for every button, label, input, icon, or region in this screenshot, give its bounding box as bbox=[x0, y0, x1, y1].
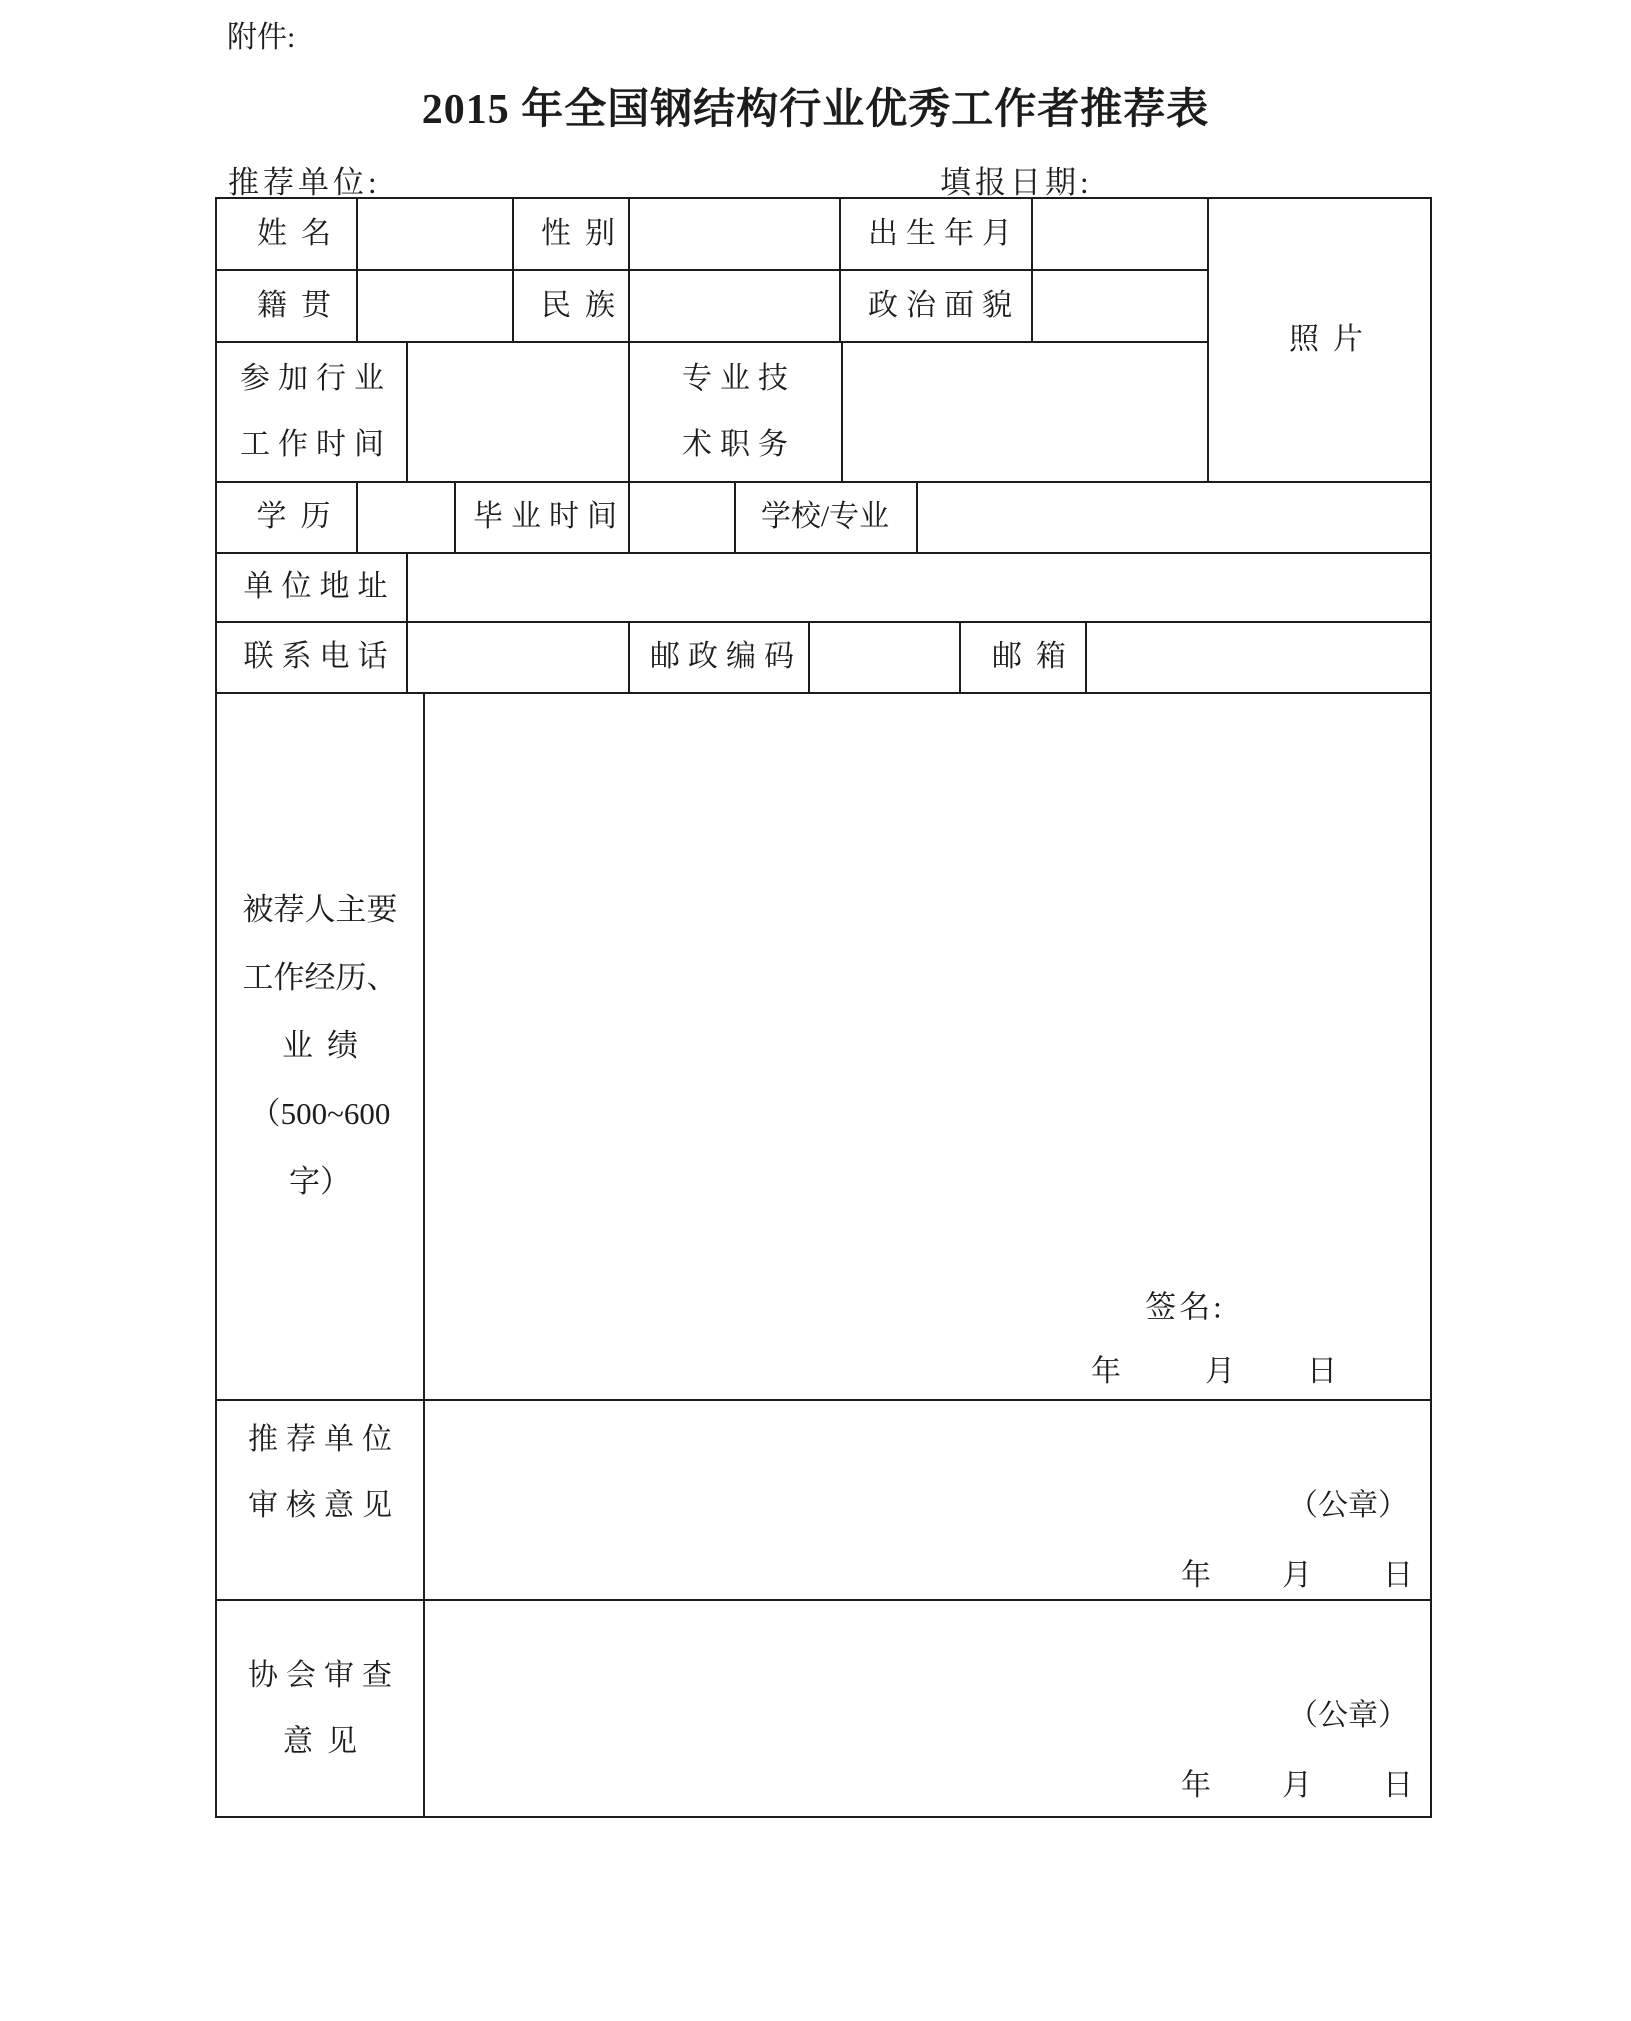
unit-review-month-label: 月 bbox=[1282, 1550, 1312, 1594]
postal-code-label: 邮政编码 bbox=[628, 622, 816, 692]
industry-work-time-label-line1: 参加行业 bbox=[232, 346, 392, 412]
association-review-label: 协会审查 意见 bbox=[217, 1601, 423, 1816]
education-label: 学历 bbox=[217, 482, 370, 552]
industry-work-time-label-line2: 工作时间 bbox=[232, 412, 392, 478]
fill-date-label: 填报日期: bbox=[940, 157, 1093, 202]
graduation-time-label: 毕业时间 bbox=[454, 482, 636, 552]
unit-review-year-label: 年 bbox=[1181, 1550, 1211, 1594]
postal-code-field bbox=[808, 622, 959, 692]
email-field bbox=[1085, 622, 1430, 692]
experience-label-line4: （500~600 bbox=[250, 1080, 391, 1148]
native-place-field bbox=[357, 270, 513, 341]
unit-review-field bbox=[423, 1401, 1430, 1599]
ethnicity-field bbox=[629, 270, 840, 341]
association-review-label-line1: 协会审查 bbox=[240, 1643, 400, 1709]
ethnicity-label: 民族 bbox=[513, 270, 643, 341]
name-field bbox=[357, 199, 513, 269]
experience-label-line2: 工作经历、 bbox=[243, 944, 398, 1012]
political-status-label: 政治面貌 bbox=[840, 270, 1040, 341]
experience-month-label: 月 bbox=[1205, 1346, 1235, 1390]
experience-field bbox=[423, 693, 1430, 1399]
photo-placeholder: 照片 bbox=[1208, 199, 1444, 481]
experience-label-line3: 业绩 bbox=[268, 1012, 372, 1080]
unit-review-label-line1: 推荐单位 bbox=[240, 1407, 400, 1473]
recommendation-form-table: 姓名 性别 出生年月 照片 籍贯 民族 政治面貌 参加行业 工作时间 专业技 术… bbox=[215, 197, 1432, 1818]
attachment-label: 附件: bbox=[227, 12, 295, 56]
school-major-field bbox=[916, 482, 1430, 552]
name-label: 姓名 bbox=[217, 199, 371, 269]
association-review-year-label: 年 bbox=[1181, 1760, 1211, 1804]
unit-address-label: 单位地址 bbox=[217, 553, 414, 621]
birth-date-label: 出生年月 bbox=[840, 199, 1040, 269]
unit-review-day-label: 日 bbox=[1383, 1550, 1413, 1594]
political-status-field bbox=[1032, 270, 1208, 341]
experience-label-line5: 字） bbox=[289, 1148, 351, 1216]
gender-field bbox=[629, 199, 840, 269]
graduation-time-field bbox=[628, 482, 734, 552]
phone-field bbox=[406, 622, 628, 692]
native-place-label: 籍贯 bbox=[217, 270, 371, 341]
unit-address-field bbox=[406, 553, 1430, 621]
industry-work-time-field bbox=[407, 342, 628, 481]
unit-review-label: 推荐单位 审核意见 bbox=[217, 1401, 423, 1605]
experience-year-label: 年 bbox=[1091, 1346, 1121, 1390]
professional-title-label-line2: 术职务 bbox=[674, 412, 796, 478]
school-major-label: 学校/专业 bbox=[734, 482, 916, 552]
experience-signature-label: 签名: bbox=[1145, 1282, 1225, 1327]
association-review-day-label: 日 bbox=[1383, 1760, 1413, 1804]
birth-date-field bbox=[1032, 199, 1208, 269]
gender-label: 性别 bbox=[513, 199, 643, 269]
unit-review-seal-label: （公章） bbox=[1288, 1480, 1408, 1524]
industry-work-time-label: 参加行业 工作时间 bbox=[217, 342, 407, 481]
email-label: 邮箱 bbox=[959, 622, 1099, 692]
professional-title-label-line1: 专业技 bbox=[674, 346, 796, 412]
association-review-field bbox=[423, 1601, 1430, 1816]
education-field bbox=[356, 482, 454, 552]
professional-title-label: 专业技 术职务 bbox=[629, 342, 841, 481]
page-title: 2015 年全国钢结构行业优秀工作者推荐表 bbox=[0, 76, 1631, 136]
experience-day-label: 日 bbox=[1307, 1346, 1337, 1390]
association-review-month-label: 月 bbox=[1282, 1760, 1312, 1804]
experience-label: 被荐人主要 工作经历、 业绩 （500~600 字） bbox=[217, 693, 423, 1399]
professional-title-field bbox=[842, 342, 1208, 481]
recommending-unit-label: 推荐单位: bbox=[228, 157, 381, 202]
experience-label-line1: 被荐人主要 bbox=[243, 876, 398, 944]
unit-review-label-line2: 审核意见 bbox=[240, 1473, 400, 1539]
document-page: 附件: 2015 年全国钢结构行业优秀工作者推荐表 推荐单位: 填报日期: bbox=[0, 0, 1631, 2021]
association-review-seal-label: （公章） bbox=[1288, 1690, 1408, 1734]
phone-label: 联系电话 bbox=[217, 622, 414, 692]
association-review-label-line2: 意见 bbox=[269, 1709, 371, 1775]
